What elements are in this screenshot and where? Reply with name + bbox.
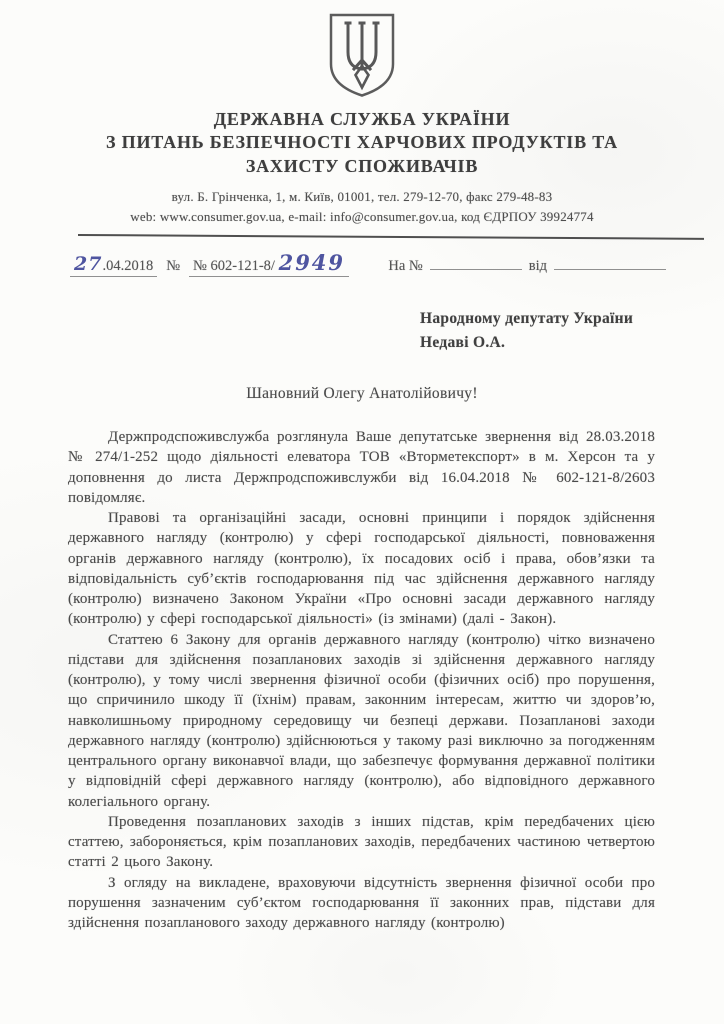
paragraph-1: Держпродспоживслужба розглянула Ваше деп… bbox=[68, 427, 655, 508]
outgoing-reference: 27.04.2018 № № 602-121-8/ 2949 bbox=[70, 250, 349, 277]
recipient-block: Народному депутату України Недаві О.А. bbox=[420, 307, 724, 355]
recipient-title: Народному депутату України bbox=[420, 307, 724, 331]
reply-date-label: від bbox=[529, 258, 547, 275]
paragraph-5: З огляду на викладене, враховуючи відсут… bbox=[68, 873, 655, 934]
outgoing-number-field: № 602-121-8/ 2949 bbox=[189, 250, 349, 277]
org-title-line-2: З ПИТАНЬ БЕЗПЕЧНОСТІ ХАРЧОВИХ ПРОДУКТІВ … bbox=[0, 131, 724, 154]
paragraph-2: Правові та організаційні засади, основні… bbox=[68, 508, 655, 630]
contact-info: вул. Б. Грінченка, 1, м. Київ, 01001, те… bbox=[0, 187, 724, 226]
salutation: Шановний Олегу Анатолійовичу! bbox=[0, 385, 724, 403]
web-email-line: web: www.consumer.gov.ua, e-mail: info@c… bbox=[0, 207, 724, 227]
org-title-line-3: ЗАХИСТУ СПОЖИВАЧІВ bbox=[0, 155, 724, 178]
blank-number-line bbox=[430, 256, 522, 270]
handwritten-number: 2949 bbox=[279, 250, 345, 275]
printed-date: .04.2018 bbox=[102, 258, 153, 274]
paragraph-4: Проведення позапланових заходів з інших … bbox=[68, 812, 655, 873]
recipient-name: Недаві О.А. bbox=[420, 331, 724, 355]
paragraph-3: Статтею 6 Закону для органів державного … bbox=[68, 630, 655, 812]
number-sign-label: № bbox=[166, 258, 180, 275]
reference-row: 27.04.2018 № № 602-121-8/ 2949 На № від bbox=[70, 250, 666, 277]
header-divider bbox=[78, 234, 704, 240]
blank-date-line bbox=[554, 256, 666, 270]
incoming-reference: На № від bbox=[388, 256, 666, 275]
scanned-letter-page: ДЕРЖАВНА СЛУЖБА УКРАЇНИ З ПИТАНЬ БЕЗПЕЧН… bbox=[0, 0, 724, 1024]
printed-number: № 602-121-8/ bbox=[193, 258, 275, 274]
address-line: вул. Б. Грінченка, 1, м. Київ, 01001, те… bbox=[0, 187, 724, 207]
reply-number-label: На № bbox=[388, 258, 422, 275]
letter-body: Держпродспоживслужба розглянула Ваше деп… bbox=[68, 427, 655, 933]
trident-emblem-icon bbox=[326, 12, 398, 98]
coat-of-arms bbox=[0, 0, 724, 98]
handwritten-date: 27 bbox=[74, 253, 102, 275]
outgoing-date-field: 27.04.2018 bbox=[70, 253, 157, 277]
org-title-line-1: ДЕРЖАВНА СЛУЖБА УКРАЇНИ bbox=[0, 108, 724, 131]
organization-title: ДЕРЖАВНА СЛУЖБА УКРАЇНИ З ПИТАНЬ БЕЗПЕЧН… bbox=[0, 108, 724, 178]
